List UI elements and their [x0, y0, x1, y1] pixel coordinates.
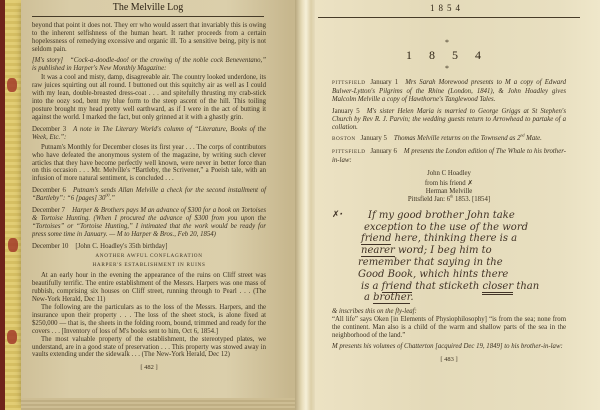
- year-display: 1 8 5 4: [330, 48, 564, 63]
- handwriting-line: Good Book, which hints there: [358, 269, 566, 281]
- intro-paragraph: beyond that point it does not. They err …: [32, 22, 266, 54]
- jan5b-text: Thomas Melville returns on the Townsend …: [394, 135, 542, 142]
- dec3-entry: December 3A note in The Literary World's…: [32, 126, 266, 142]
- handwriting-line: is a friend that sticketh closer than: [361, 281, 566, 293]
- story-extract: It was a cool and misty, damp, disagreea…: [32, 74, 266, 121]
- inscription-line: Pittsfield Jan: 6th 1853. [1854]: [332, 196, 566, 204]
- jan5b-entry: BOSTONJanuary 5Thomas Melville returns o…: [332, 135, 566, 144]
- handwritten-note: ✗· If my good brother John take exceptio…: [332, 210, 566, 304]
- jan6-entry: PITTSFIELDJanuary 6M presents the London…: [332, 148, 566, 165]
- dec3-date: December 3: [32, 126, 66, 133]
- jan1-entry: PITTSFIELDJanuary 1Mrs Sarah Morewood pr…: [332, 79, 566, 104]
- book-gutter: [295, 0, 315, 410]
- handwriting-line: friend here, thinking there is a: [361, 233, 566, 245]
- fire-extract-3: The most valuable property of the establ…: [32, 336, 266, 360]
- right-page-text: PITTSFIELDJanuary 1Mrs Sarah Morewood pr…: [332, 79, 566, 364]
- left-running-head: The Melville Log: [31, 2, 265, 13]
- story-text: “Cock-a-doodle-doo! or the crowing of th…: [32, 57, 266, 72]
- dec10-text: [John C. Hoadley's 35th birthday]: [75, 243, 167, 250]
- ruins-headline: HARPER'S ESTABLISHMENT IN RUINS: [32, 262, 266, 270]
- jan1-place: PITTSFIELD: [332, 80, 366, 86]
- flyleaf-extract: “All life” says Oken [in Elements of Phy…: [332, 316, 566, 340]
- fire-extract-2: The following are the particulars as to …: [32, 304, 266, 336]
- dec6-text: Putnam's sends Allan Melville a check fo…: [32, 187, 266, 202]
- dec7-entry: December 7Harper & Brothers pays M an ad…: [32, 207, 266, 239]
- handwriting-line: exception to the use of the word: [364, 222, 566, 234]
- jan6-text: M presents the London edition of The Wha…: [332, 148, 566, 164]
- handwriting-line: If my good brother John take: [368, 210, 566, 222]
- x-mark: ✗: [467, 179, 473, 187]
- fire-extract-1: At an early hour in the evening the appe…: [32, 272, 266, 304]
- left-page-number: [ 482 ]: [32, 364, 266, 372]
- chatterton-entry: M presents his volumes of Chatterton [ac…: [332, 343, 566, 351]
- jan5b-date: January 5: [361, 135, 387, 142]
- dec10-entry: December 10[John C. Hoadley's 35th birth…: [32, 243, 266, 251]
- asterisk-ornament: *: [330, 64, 564, 73]
- handwriting-line: nearer word; I beg him to: [361, 245, 566, 257]
- story-entry: [M's story]“Cock-a-doodle-doo! or the cr…: [32, 57, 266, 73]
- handwritten-x-mark: ✗·: [332, 210, 343, 222]
- page-edge-decoration: [7, 78, 17, 92]
- asterisk-ornament: *: [330, 38, 564, 47]
- jan5b-place: BOSTON: [332, 136, 356, 142]
- flyleaf-intro: & inscribes this on the fly-leaf:: [332, 308, 566, 316]
- left-head-rule: [32, 16, 264, 17]
- right-head-rule: [318, 17, 580, 18]
- dec7-text: Harper & Brothers pays M an advance of $…: [32, 207, 266, 238]
- left-page-text: beyond that point it does not. They err …: [32, 22, 266, 372]
- jan5a-text: M's sister Helen Maria is married to Geo…: [332, 108, 566, 131]
- dec6-date: December 6: [32, 187, 66, 194]
- jan1-date: January 1: [371, 79, 399, 86]
- conflagration-headline: ANOTHER AWFUL CONFLAGRATION: [32, 253, 266, 261]
- page-edge-decoration: [7, 330, 17, 344]
- handwriting-line: a brother.: [364, 292, 566, 304]
- handwriting-line: remember that saying in the: [358, 257, 566, 269]
- whale-inscription: John C Hoadley from his friend ✗ Herman …: [332, 170, 566, 205]
- dec6-entry: December 6Putnam's sends Allan Melville …: [32, 187, 266, 203]
- jan6-date: January 6: [371, 148, 397, 155]
- story-label: [M's story]: [32, 57, 63, 64]
- inscription-line: John C Hoadley: [332, 170, 566, 178]
- jan1-text: Mrs Sarah Morewood presents to M a copy …: [332, 79, 566, 103]
- right-page-number: [ 483 ]: [332, 356, 566, 364]
- dec7-date: December 7: [32, 207, 65, 214]
- dec3-extract: Putnam's Monthly for December closes its…: [32, 144, 266, 184]
- open-book-scan: The Melville Log beyond that point it do…: [0, 0, 600, 410]
- jan5a-date: January 5: [332, 108, 360, 115]
- jan5a-entry: January 5M's sister Helen Maria is marri…: [332, 108, 566, 132]
- jan6-place: PITTSFIELD: [332, 149, 366, 155]
- page-edge-decoration: [8, 238, 18, 252]
- bottom-page-edges: [21, 398, 295, 410]
- dec3-text: A note in The Literary World's column of…: [32, 126, 266, 141]
- right-running-head: 1854: [330, 3, 564, 13]
- dec10-date: December 10: [32, 243, 68, 250]
- inscription-line: from his friend ✗: [332, 179, 566, 188]
- page-edges-strip: [5, 0, 21, 410]
